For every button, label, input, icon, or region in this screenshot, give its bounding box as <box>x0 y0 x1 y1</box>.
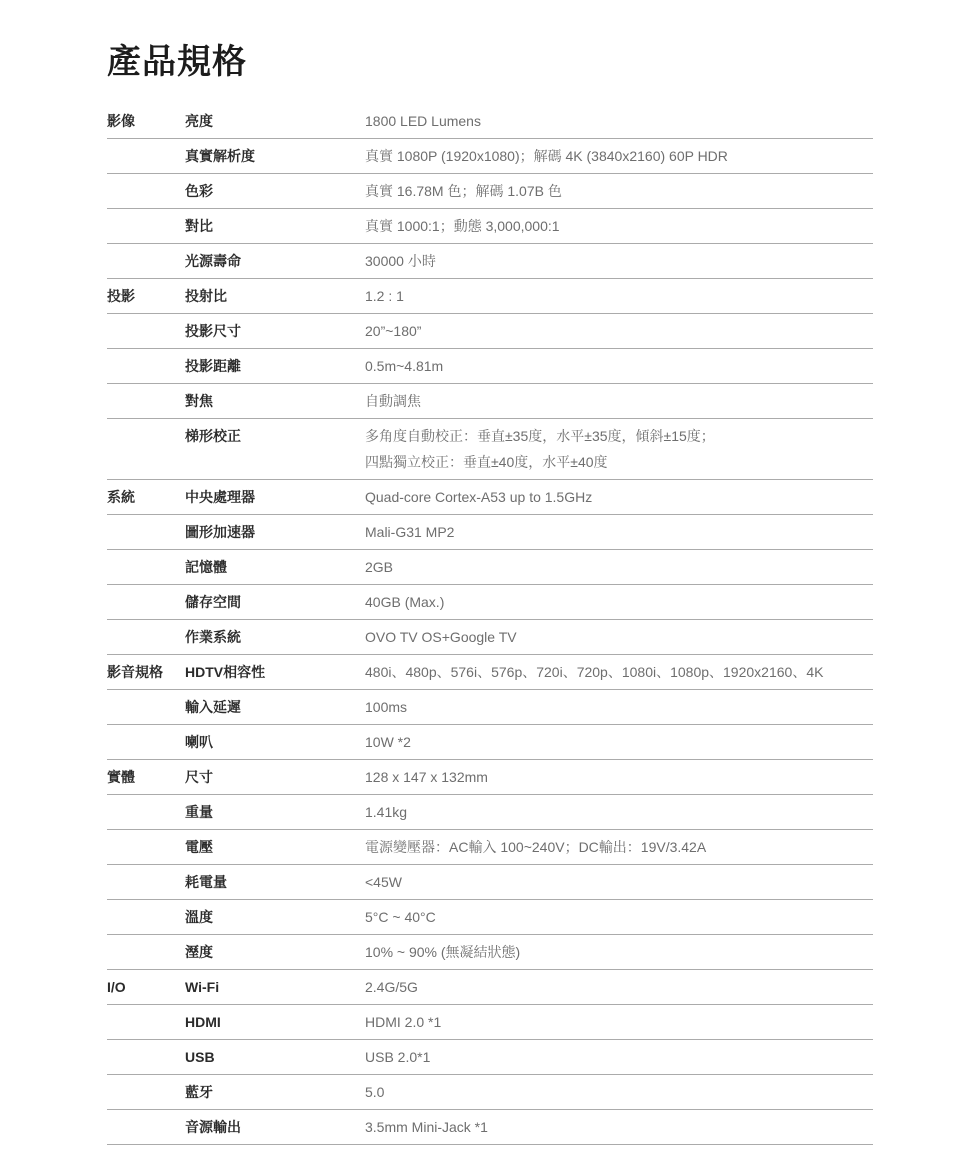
spec-row: 溫度5°C ~ 40°C <box>107 900 873 935</box>
spec-value: <45W <box>365 869 873 895</box>
spec-label: 中央處理器 <box>185 484 365 510</box>
spec-value: 20”~180” <box>365 318 873 344</box>
spec-label: 尺寸 <box>185 764 365 790</box>
spec-label: 作業系統 <box>185 624 365 650</box>
spec-row: 對比真實 1000:1；動態 3,000,000:1 <box>107 209 873 244</box>
spec-value: HDMI 2.0 *1 <box>365 1009 873 1035</box>
spec-row: 色彩真實 16.78M 色；解碼 1.07B 色 <box>107 174 873 209</box>
spec-label: 喇叭 <box>185 729 365 755</box>
spec-row: 影像亮度1800 LED Lumens <box>107 104 873 139</box>
spec-row: 投影距離0.5m~4.81m <box>107 349 873 384</box>
spec-label: 對焦 <box>185 388 365 414</box>
spec-value: USB 2.0*1 <box>365 1044 873 1070</box>
spec-row: HDMIHDMI 2.0 *1 <box>107 1005 873 1040</box>
spec-label: 投影尺寸 <box>185 318 365 344</box>
spec-row: 梯形校正多角度自動校正：垂直±35度，水平±35度，傾斜±15度； 四點獨立校正… <box>107 419 873 480</box>
spec-row: 實體尺寸128 x 147 x 132mm <box>107 760 873 795</box>
spec-label: 對比 <box>185 213 365 239</box>
spec-value: 10W *2 <box>365 729 873 755</box>
spec-row: 投影投射比1.2 : 1 <box>107 279 873 314</box>
spec-row: I/OWi-Fi2.4G/5G <box>107 970 873 1005</box>
spec-row: 喇叭10W *2 <box>107 725 873 760</box>
spec-label: 藍牙 <box>185 1079 365 1105</box>
spec-label: USB <box>185 1044 365 1070</box>
spec-label: 投射比 <box>185 283 365 309</box>
spec-label: 真實解析度 <box>185 143 365 169</box>
spec-row: 圖形加速器Mali-G31 MP2 <box>107 515 873 550</box>
spec-row: 重量1.41kg <box>107 795 873 830</box>
spec-value: 真實 1000:1；動態 3,000,000:1 <box>365 213 873 239</box>
spec-category: 實體 <box>107 764 185 790</box>
spec-label: 記憶體 <box>185 554 365 580</box>
spec-table: 影像亮度1800 LED Lumens真實解析度真實 1080P (1920x1… <box>107 104 873 1145</box>
spec-value: 5.0 <box>365 1079 873 1105</box>
spec-value: 480i、480p、576i、576p、720i、720p、1080i、1080… <box>365 659 873 685</box>
spec-row: 對焦自動調焦 <box>107 384 873 419</box>
spec-row: 藍牙5.0 <box>107 1075 873 1110</box>
product-spec-page: 產品規格 影像亮度1800 LED Lumens真實解析度真實 1080P (1… <box>0 0 960 1145</box>
spec-value: 1.2 : 1 <box>365 283 873 309</box>
spec-row: USBUSB 2.0*1 <box>107 1040 873 1075</box>
spec-value: Quad-core Cortex-A53 up to 1.5GHz <box>365 484 873 510</box>
spec-row: 電壓電源變壓器：AC輸入 100~240V；DC輸出：19V/3.42A <box>107 830 873 865</box>
spec-label: 重量 <box>185 799 365 825</box>
spec-value: 30000 小時 <box>365 248 873 274</box>
spec-label: 音源輸出 <box>185 1114 365 1140</box>
spec-row: 音源輸出3.5mm Mini-Jack *1 <box>107 1110 873 1145</box>
spec-value: 真實 1080P (1920x1080)；解碼 4K (3840x2160) 6… <box>365 143 873 169</box>
spec-value: 電源變壓器：AC輸入 100~240V；DC輸出：19V/3.42A <box>365 834 873 860</box>
spec-value: 1.41kg <box>365 799 873 825</box>
spec-category: 系統 <box>107 484 185 510</box>
spec-category: I/O <box>107 974 185 1000</box>
spec-row: 系統中央處理器Quad-core Cortex-A53 up to 1.5GHz <box>107 480 873 515</box>
spec-value: 10% ~ 90% (無凝結狀態) <box>365 939 873 965</box>
spec-value: 100ms <box>365 694 873 720</box>
spec-label: HDTV相容性 <box>185 659 365 685</box>
spec-row: 影音規格HDTV相容性480i、480p、576i、576p、720i、720p… <box>107 655 873 690</box>
spec-label: 亮度 <box>185 108 365 134</box>
spec-value: Mali-G31 MP2 <box>365 519 873 545</box>
spec-label: 溫度 <box>185 904 365 930</box>
spec-value: 2GB <box>365 554 873 580</box>
spec-row: 輸入延遲100ms <box>107 690 873 725</box>
spec-value: 多角度自動校正：垂直±35度，水平±35度，傾斜±15度； 四點獨立校正：垂直±… <box>365 423 873 475</box>
spec-row: 投影尺寸20”~180” <box>107 314 873 349</box>
spec-value: 真實 16.78M 色；解碼 1.07B 色 <box>365 178 873 204</box>
spec-category: 投影 <box>107 283 185 309</box>
spec-label: 投影距離 <box>185 353 365 379</box>
spec-row: 耗電量<45W <box>107 865 873 900</box>
spec-label: Wi-Fi <box>185 974 365 1000</box>
spec-category: 影音規格 <box>107 659 185 685</box>
spec-label: 耗電量 <box>185 869 365 895</box>
spec-row: 儲存空間40GB (Max.) <box>107 585 873 620</box>
spec-row: 作業系統OVO TV OS+Google TV <box>107 620 873 655</box>
spec-value: 0.5m~4.81m <box>365 353 873 379</box>
spec-row: 記憶體2GB <box>107 550 873 585</box>
spec-value: 5°C ~ 40°C <box>365 904 873 930</box>
spec-value: 2.4G/5G <box>365 974 873 1000</box>
spec-row: 溼度10% ~ 90% (無凝結狀態) <box>107 935 873 970</box>
spec-row: 真實解析度真實 1080P (1920x1080)；解碼 4K (3840x21… <box>107 139 873 174</box>
spec-label: 光源壽命 <box>185 248 365 274</box>
spec-label: 色彩 <box>185 178 365 204</box>
spec-row: 光源壽命30000 小時 <box>107 244 873 279</box>
spec-value: OVO TV OS+Google TV <box>365 624 873 650</box>
spec-label: 梯形校正 <box>185 423 365 449</box>
spec-value: 3.5mm Mini-Jack *1 <box>365 1114 873 1140</box>
spec-label: 儲存空間 <box>185 589 365 615</box>
spec-label: HDMI <box>185 1009 365 1035</box>
spec-value: 自動調焦 <box>365 388 873 414</box>
spec-value: 1800 LED Lumens <box>365 108 873 134</box>
spec-label: 電壓 <box>185 834 365 860</box>
spec-category: 影像 <box>107 108 185 134</box>
spec-value: 128 x 147 x 132mm <box>365 764 873 790</box>
page-title: 產品規格 <box>107 34 960 83</box>
spec-value: 40GB (Max.) <box>365 589 873 615</box>
spec-label: 溼度 <box>185 939 365 965</box>
spec-label: 圖形加速器 <box>185 519 365 545</box>
spec-label: 輸入延遲 <box>185 694 365 720</box>
